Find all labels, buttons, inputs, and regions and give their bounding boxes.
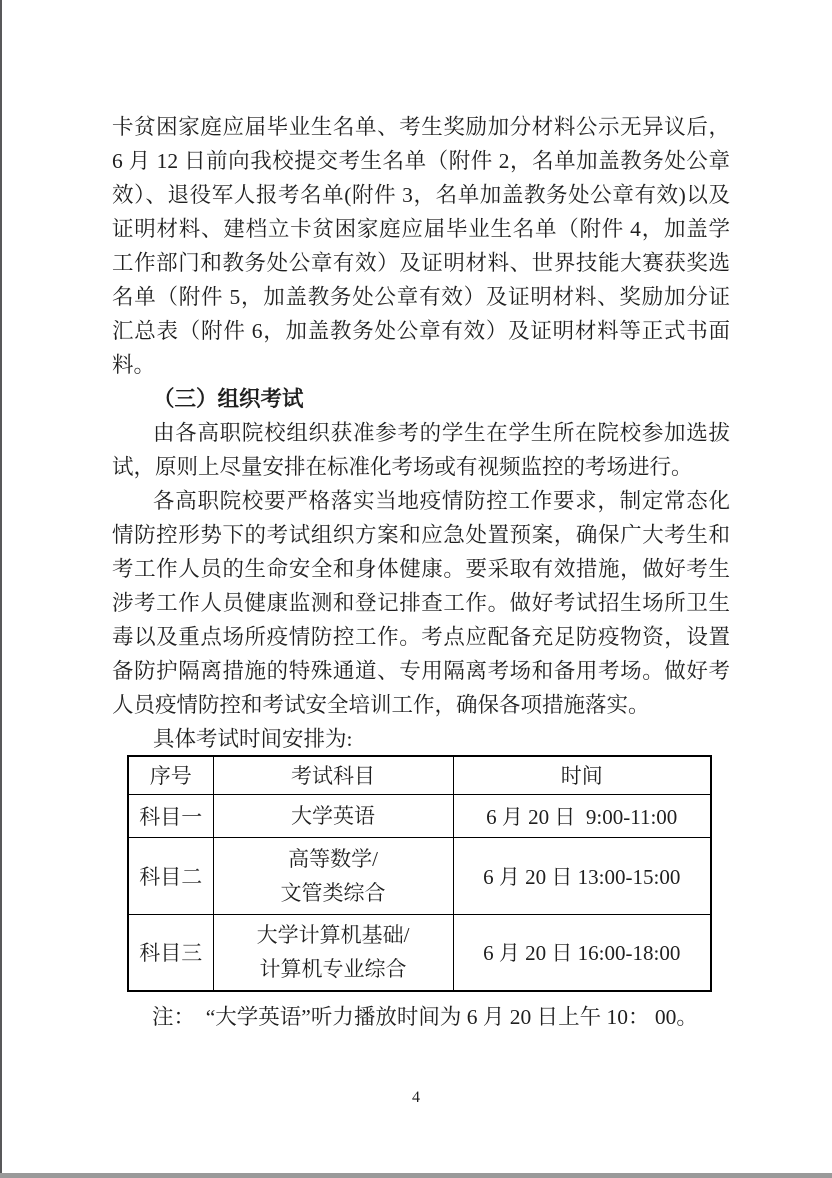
body-line: 由各高职院校组织获准参考的学生在学生所在院校参加选拔考 bbox=[112, 416, 730, 450]
table-row-subject1: 科目一 大学英语 6 月 20 日 9:00-11:00 bbox=[128, 794, 711, 837]
table-note: 注： “大学英语”听力播放时间为 6 月 20 日上午 10： 00。 bbox=[152, 1000, 752, 1034]
cell-subject: 大学英语 bbox=[213, 794, 453, 837]
cell-subject: 大学计算机基础/ 计算机专业综合 bbox=[213, 914, 453, 991]
body-text-block: 卡贫困家庭应届毕业生名单、考生奖励加分材料公示无异议后，于 6 月 12 日前向… bbox=[112, 110, 730, 756]
body-line: 汇总表（附件 6，加盖教务处公章有效）及证明材料等正式书面材 bbox=[112, 314, 730, 348]
body-line: 卡贫困家庭应届毕业生名单、考生奖励加分材料公示无异议后，于 bbox=[112, 110, 730, 144]
body-line: 工作部门和教务处公章有效）及证明材料、世界技能大赛获奖选手 bbox=[112, 246, 730, 280]
body-line: 情防控形势下的考试组织方案和应急处置预案，确保广大考生和涉 bbox=[112, 518, 730, 552]
document-page: { "page": { "number": "4", "background_c… bbox=[0, 0, 832, 1178]
cell-time: 6 月 20 日 9:00-11:00 bbox=[453, 794, 711, 837]
cell-no: 科目三 bbox=[128, 914, 213, 991]
cell-time: 6 月 20 日 13:00-15:00 bbox=[453, 837, 711, 914]
subject-line: 文管类综合 bbox=[214, 876, 453, 910]
body-line: 人员疫情防控和考试安全培训工作，确保各项措施落实。 bbox=[112, 688, 730, 722]
page-number: 4 bbox=[0, 1088, 832, 1108]
table-lead-in: 具体考试时间安排为: bbox=[112, 722, 730, 756]
page-edge-left bbox=[0, 0, 2, 1178]
table-header-cell-time: 时间 bbox=[453, 756, 711, 794]
body-line: 备防护隔离措施的特殊通道、专用隔离考场和备用考场。做好考务 bbox=[112, 654, 730, 688]
page-edge-bottom bbox=[0, 1173, 832, 1178]
body-line: 各高职院校要严格落实当地疫情防控工作要求，制定常态化疫 bbox=[112, 484, 730, 518]
cell-no: 科目二 bbox=[128, 837, 213, 914]
body-line: 效）、退役军人报考名单(附件 3，名单加盖教务处公章有效)以及 bbox=[112, 178, 730, 212]
body-line: 考工作人员的生命安全和身体健康。要采取有效措施，做好考生和 bbox=[112, 552, 730, 586]
body-line: 证明材料、建档立卡贫困家庭应届毕业生名单（附件 4，加盖学生 bbox=[112, 212, 730, 246]
cell-time: 6 月 20 日 16:00-18:00 bbox=[453, 914, 711, 991]
body-line: 涉考工作人员健康监测和登记排查工作。做好考试招生场所卫生消 bbox=[112, 586, 730, 620]
table-header-row: 序号 考试科目 时间 bbox=[128, 756, 711, 794]
table-header-cell-subject: 考试科目 bbox=[213, 756, 453, 794]
body-line: 料。 bbox=[112, 348, 730, 382]
exam-schedule-table: 序号 考试科目 时间 科目一 大学英语 6 月 20 日 9:00-11:00 … bbox=[127, 755, 712, 992]
cell-subject: 高等数学/ 文管类综合 bbox=[213, 837, 453, 914]
table-row-subject2: 科目二 高等数学/ 文管类综合 6 月 20 日 13:00-15:00 bbox=[128, 837, 711, 914]
cell-no: 科目一 bbox=[128, 794, 213, 837]
body-line: 名单（附件 5，加盖教务处公章有效）及证明材料、奖励加分证明 bbox=[112, 280, 730, 314]
subject-line: 大学英语 bbox=[214, 799, 453, 833]
body-line: 试，原则上尽量安排在标准化考场或有视频监控的考场进行。 bbox=[112, 450, 730, 484]
subject-line: 计算机专业综合 bbox=[214, 952, 453, 986]
subject-line: 高等数学/ bbox=[214, 842, 453, 876]
section-heading: （三）组织考试 bbox=[112, 382, 730, 416]
subject-line: 大学计算机基础/ bbox=[214, 918, 453, 952]
table-row-subject3: 科目三 大学计算机基础/ 计算机专业综合 6 月 20 日 16:00-18:0… bbox=[128, 914, 711, 991]
body-line: 毒以及重点场所疫情防控工作。考点应配备充足防疫物资，设置具 bbox=[112, 620, 730, 654]
body-line: 6 月 12 日前向我校提交考生名单（附件 2，名单加盖教务处公章有 bbox=[112, 144, 730, 178]
table-header-cell-no: 序号 bbox=[128, 756, 213, 794]
